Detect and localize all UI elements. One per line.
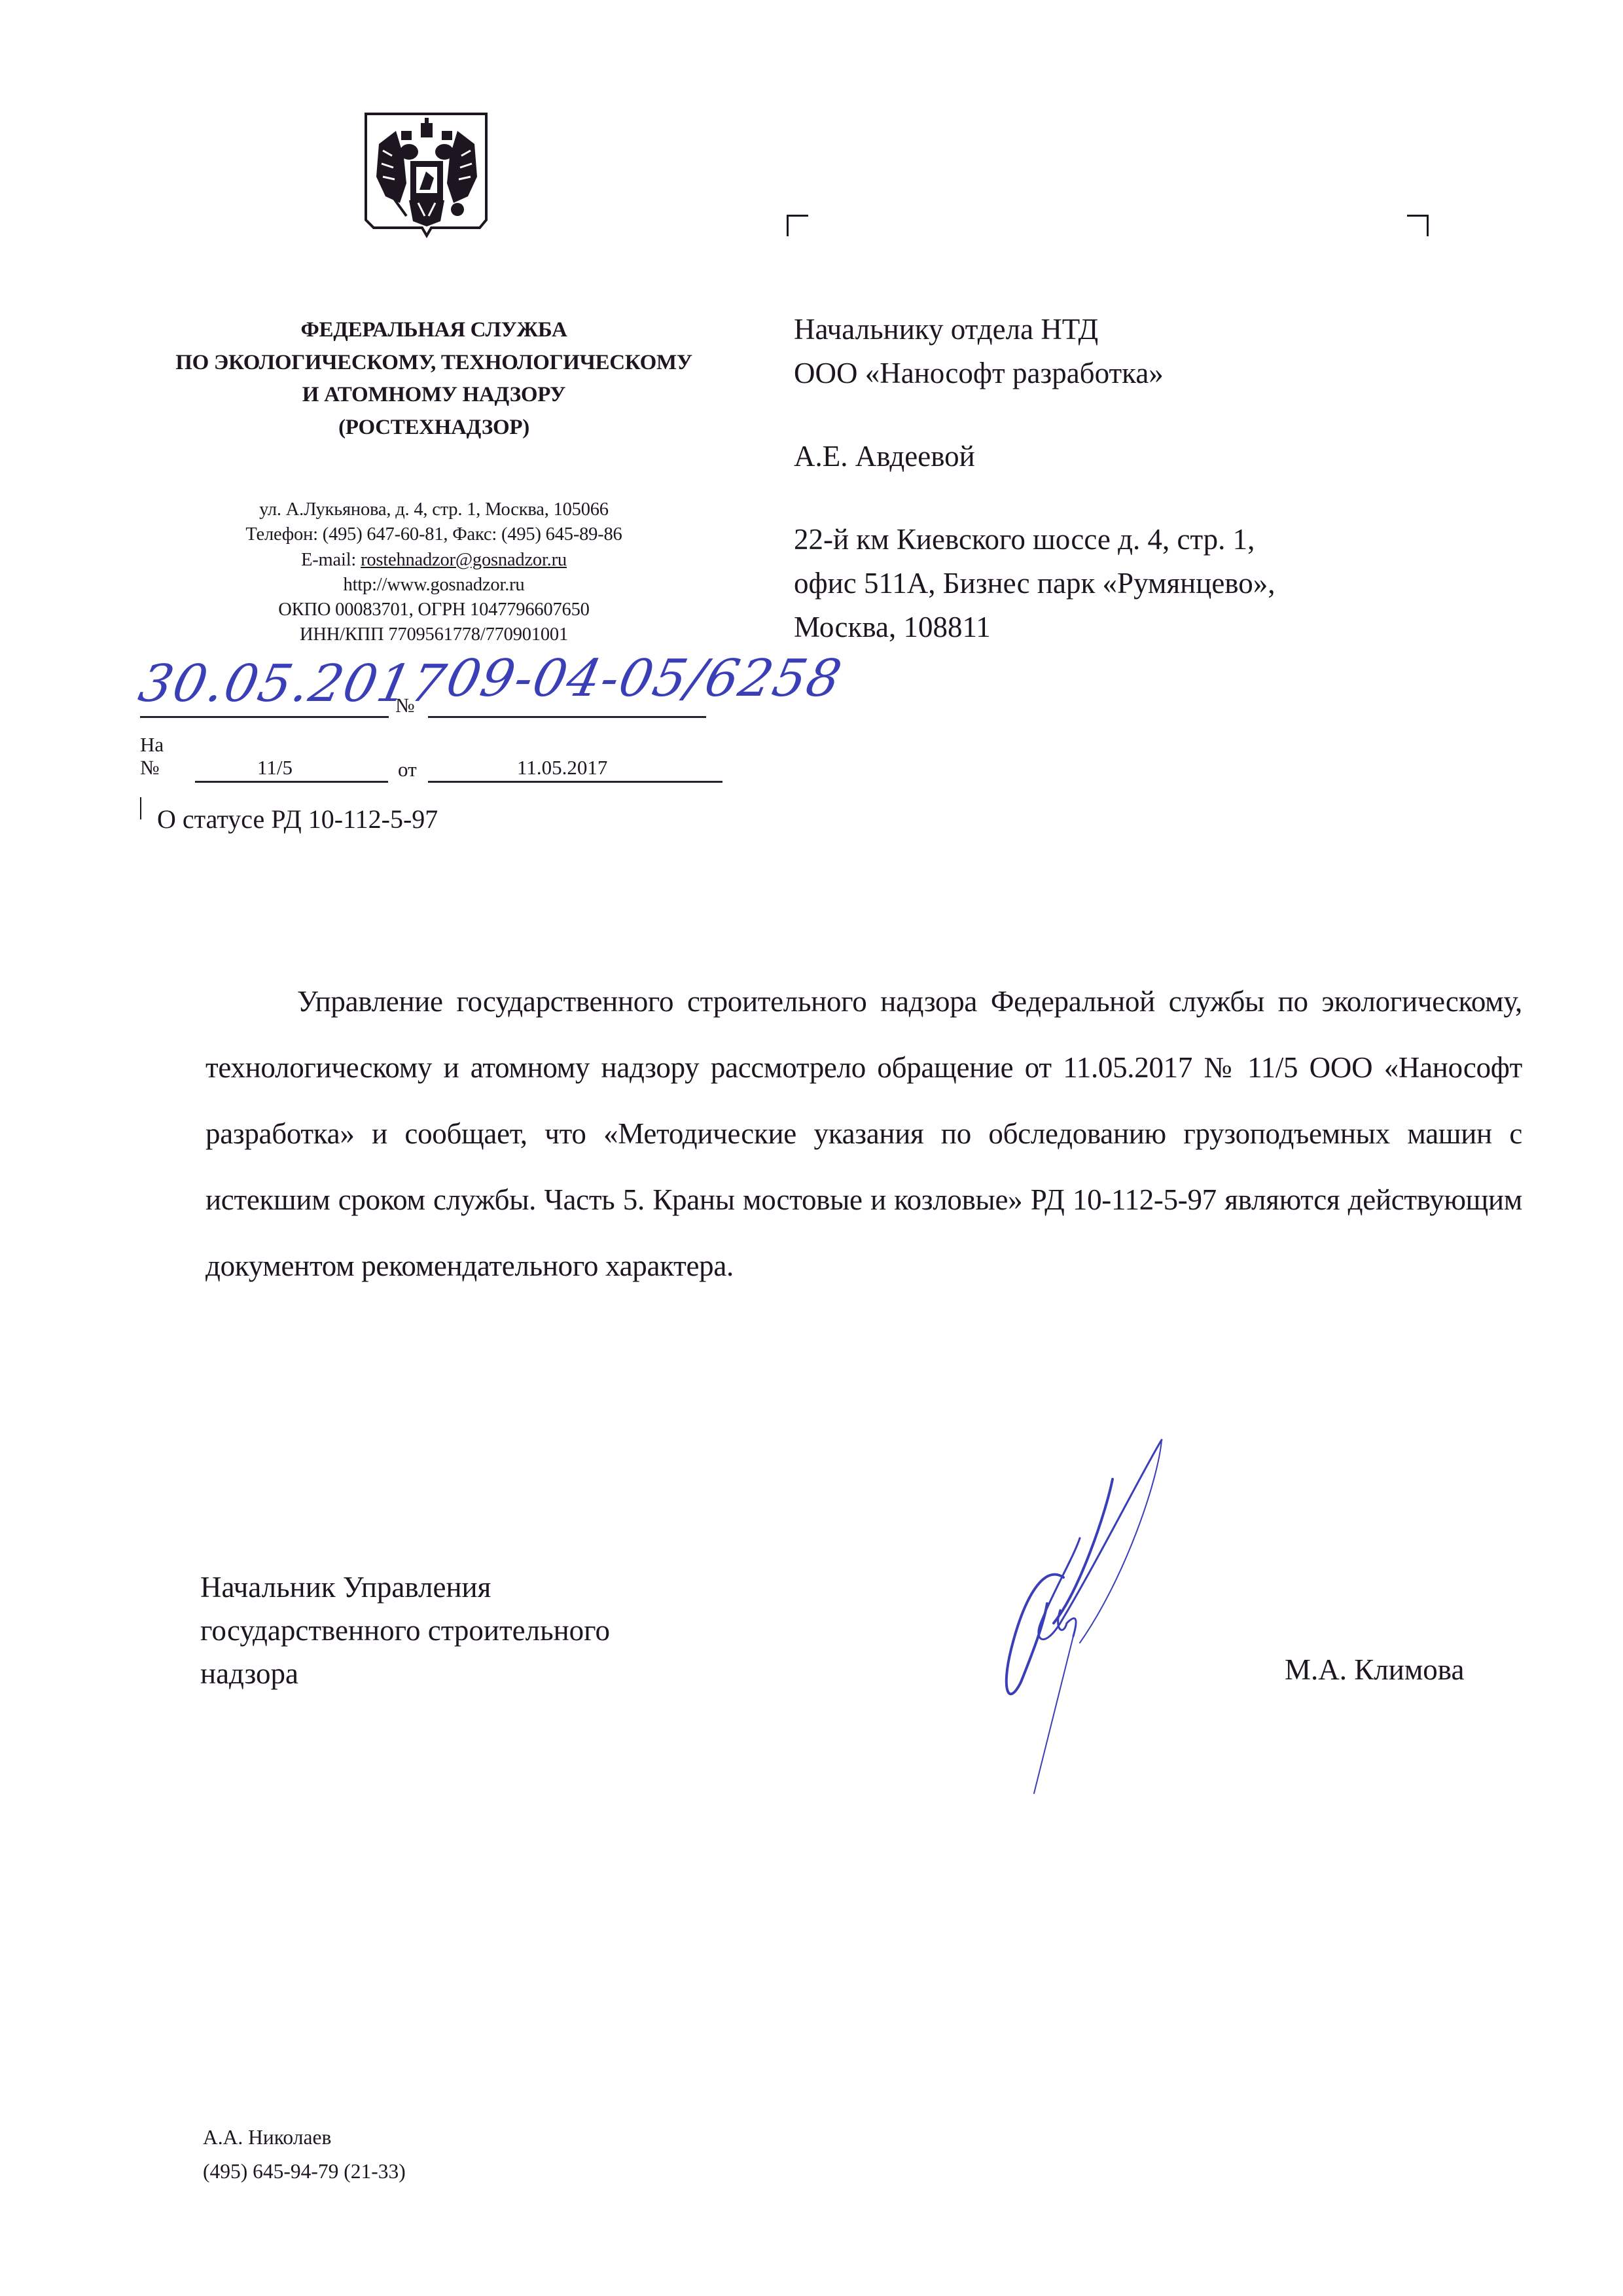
- executor-name: А.А. Николаев: [203, 2121, 406, 2155]
- email-label: E-mail:: [301, 550, 361, 570]
- executor-info: А.А. Николаев (495) 645-94-79 (21-33): [203, 2121, 406, 2189]
- org-email-line: E-mail: rostehnadzor@gosnadzor.ru: [118, 548, 750, 573]
- handwritten-signature-icon: [903, 1427, 1270, 1806]
- email-link[interactable]: rostehnadzor@gosnadzor.ru: [361, 550, 567, 570]
- org-phone-fax: Телефон: (495) 647-60-81, Факс: (495) 64…: [118, 522, 750, 547]
- letter-subject: О статусе РД 10-112-5-97: [157, 804, 438, 834]
- letter-body: Управление государственного строительног…: [205, 969, 1522, 1299]
- organization-contacts: ул. А.Лукьянова, д. 4, стр. 1, Москва, 1…: [118, 497, 750, 648]
- org-line: ФЕДЕРАЛЬНАЯ СЛУЖБА: [118, 314, 750, 347]
- reply-date-label: от: [398, 758, 417, 781]
- signer-title-line: Начальник Управления: [200, 1566, 610, 1609]
- recipient-name: А.Е. Авдеевой: [794, 435, 1546, 478]
- signer-name: М.А. Климова: [1285, 1653, 1464, 1687]
- reply-number-underline: [195, 781, 388, 783]
- recipient-address-line: 22-й км Киевского шоссе д. 4, стр. 1,: [794, 518, 1546, 562]
- org-inn-kpp: ИНН/КПП 7709561778/770901001: [118, 622, 750, 647]
- outgoing-registration: 30.05.2017 № 09-04-05/6258: [140, 655, 729, 726]
- org-website[interactable]: http://www.gosnadzor.ru: [118, 573, 750, 598]
- recipient-address-line: офис 511А, Бизнес парк «Румянцево»,: [794, 562, 1546, 605]
- coat-of-arms-icon: [363, 105, 491, 245]
- recipient-block: Начальнику отдела НТД ООО «Нанософт разр…: [794, 308, 1546, 649]
- reply-date: 11.05.2017: [517, 756, 607, 780]
- reply-to-label: На: [140, 733, 164, 757]
- recipient-address-line: Москва, 108811: [794, 605, 1546, 649]
- recipient-position: Начальнику отдела НТД: [794, 308, 1546, 351]
- reply-number-label: №: [140, 756, 160, 780]
- executor-phone: (495) 645-94-79 (21-33): [203, 2155, 406, 2189]
- org-address: ул. А.Лукьянова, д. 4, стр. 1, Москва, 1…: [118, 497, 750, 522]
- number-underline: [428, 716, 706, 718]
- date-underline: [140, 716, 389, 718]
- reply-number: 11/5: [257, 756, 293, 780]
- org-line: (РОСТЕХНАДЗОР): [118, 412, 750, 444]
- organization-name: ФЕДЕРАЛЬНАЯ СЛУЖБА ПО ЭКОЛОГИЧЕСКОМУ, ТЕ…: [118, 314, 750, 444]
- recipient-company: ООО «Нанософт разработка»: [794, 351, 1546, 395]
- org-line: ПО ЭКОЛОГИЧЕСКОМУ, ТЕХНОЛОГИЧЕСКОМУ: [118, 347, 750, 380]
- reply-date-underline: [428, 781, 722, 783]
- org-line: И АТОМНОМУ НАДЗОРУ: [118, 379, 750, 412]
- signer-title-line: надзора: [200, 1652, 610, 1695]
- subject-margin-mark: [140, 797, 141, 819]
- signer-title: Начальник Управления государственного ст…: [200, 1566, 610, 1695]
- org-okpo-ogrn: ОКПО 00083701, ОГРН 1047796607650: [118, 598, 750, 622]
- address-corner-mark-right: [1407, 215, 1429, 236]
- signer-title-line: государственного строительного: [200, 1609, 610, 1652]
- address-corner-mark-left: [787, 215, 808, 236]
- number-sign: №: [395, 694, 415, 717]
- handwritten-outgoing-number: 09-04-05/6258: [441, 649, 847, 708]
